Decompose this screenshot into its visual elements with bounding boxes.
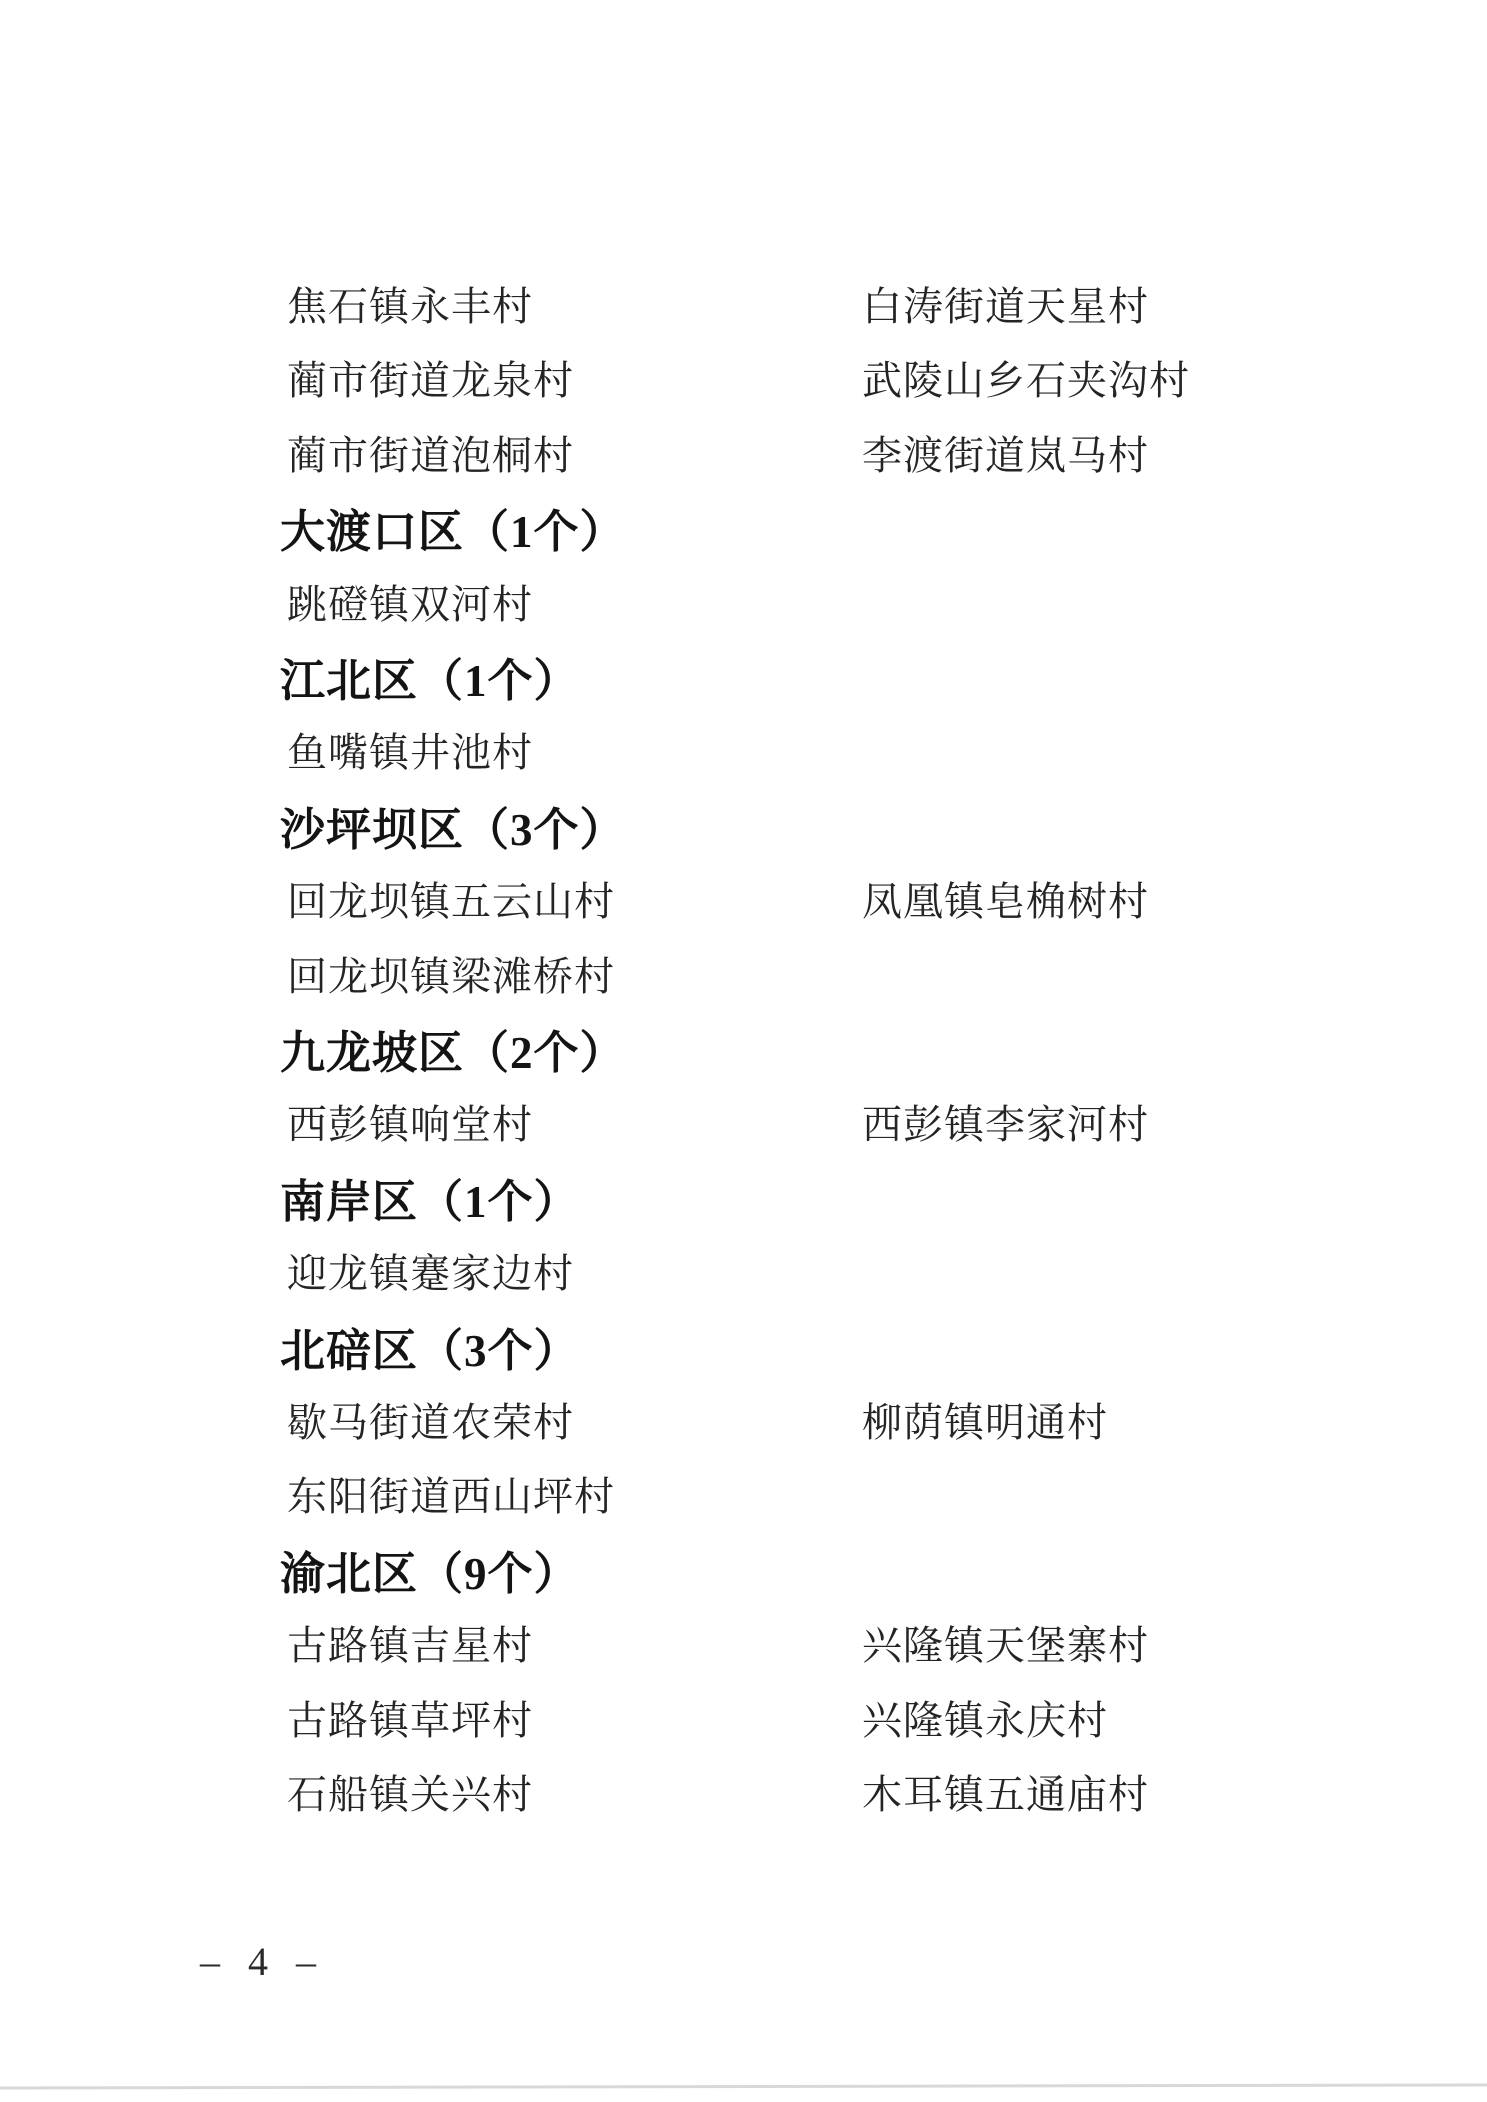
district-header: 九龙坡区（2个） (0, 1029, 1487, 1104)
village-name-left: 古路镇吉星村 (287, 1624, 533, 1668)
village-name-left: 蔺市街道泡桐村 (287, 434, 574, 478)
village-name-left: 跳磴镇双河村 (287, 583, 533, 627)
district-header-text: 北碚区（3个） (280, 1327, 580, 1375)
list-row: 迎龙镇蹇家边村 (0, 1252, 1487, 1327)
list-row: 蔺市街道泡桐村 李渡街道岚马村 (0, 434, 1487, 509)
list-row: 回龙坝镇五云山村 凤凰镇皂桷树村 (0, 880, 1487, 955)
district-header: 大渡口区（1个） (0, 508, 1487, 583)
district-header: 沙坪坝区（3个） (0, 806, 1487, 881)
scan-artifact-line (0, 2083, 1487, 2089)
district-header-text: 九龙坡区（2个） (280, 1029, 626, 1077)
district-header: 渝北区（9个） (0, 1550, 1487, 1625)
village-name-right: 白涛街道天星村 (862, 285, 1149, 329)
district-header-text: 渝北区（9个） (280, 1550, 580, 1598)
list-row: 石船镇关兴村 木耳镇五通庙村 (0, 1773, 1487, 1848)
village-name-left: 迎龙镇蹇家边村 (287, 1252, 574, 1296)
village-name-left: 歇马街道农荣村 (287, 1401, 574, 1445)
village-name-left: 回龙坝镇梁滩桥村 (287, 955, 615, 999)
district-header-text: 江北区（1个） (280, 657, 580, 705)
list-row: 西彭镇响堂村 西彭镇李家河村 (0, 1103, 1487, 1178)
village-name-left: 西彭镇响堂村 (287, 1103, 533, 1147)
list-row: 跳磴镇双河村 (0, 583, 1487, 658)
district-header: 江北区（1个） (0, 657, 1487, 732)
document-page: 焦石镇永丰村 白涛街道天星村 蔺市街道龙泉村 武陵山乡石夹沟村 蔺市街道泡桐村 … (0, 0, 1487, 2102)
village-name-right: 兴隆镇永庆村 (862, 1699, 1108, 1743)
village-name-right: 凤凰镇皂桷树村 (862, 880, 1149, 924)
list-row: 回龙坝镇梁滩桥村 (0, 955, 1487, 1030)
village-name-right: 李渡街道岚马村 (862, 434, 1149, 478)
list-row: 古路镇草坪村 兴隆镇永庆村 (0, 1699, 1487, 1774)
district-header-text: 大渡口区（1个） (280, 508, 626, 556)
village-name-left: 蔺市街道龙泉村 (287, 359, 574, 403)
village-name-left: 石船镇关兴村 (287, 1773, 533, 1817)
list-row: 鱼嘴镇井池村 (0, 731, 1487, 806)
page-number: – 4 – (200, 1938, 318, 1985)
village-name-right: 柳荫镇明通村 (862, 1401, 1108, 1445)
village-name-right: 武陵山乡石夹沟村 (862, 359, 1190, 403)
village-name-left: 东阳街道西山坪村 (287, 1475, 615, 1519)
village-name-right: 木耳镇五通庙村 (862, 1773, 1149, 1817)
list-row: 东阳街道西山坪村 (0, 1475, 1487, 1550)
village-name-left: 焦石镇永丰村 (287, 285, 533, 329)
list-row: 古路镇吉星村 兴隆镇天堡寨村 (0, 1624, 1487, 1699)
list-row: 歇马街道农荣村 柳荫镇明通村 (0, 1401, 1487, 1476)
village-name-left: 古路镇草坪村 (287, 1699, 533, 1743)
district-header: 北碚区（3个） (0, 1327, 1487, 1402)
village-name-left: 鱼嘴镇井池村 (287, 731, 533, 775)
village-name-right: 西彭镇李家河村 (862, 1103, 1149, 1147)
village-name-right: 兴隆镇天堡寨村 (862, 1624, 1149, 1668)
district-header-text: 南岸区（1个） (280, 1178, 580, 1226)
district-header-text: 沙坪坝区（3个） (280, 806, 626, 854)
list-row: 焦石镇永丰村 白涛街道天星村 (0, 285, 1487, 360)
district-header: 南岸区（1个） (0, 1178, 1487, 1253)
list-row: 蔺市街道龙泉村 武陵山乡石夹沟村 (0, 359, 1487, 434)
village-name-left: 回龙坝镇五云山村 (287, 880, 615, 924)
